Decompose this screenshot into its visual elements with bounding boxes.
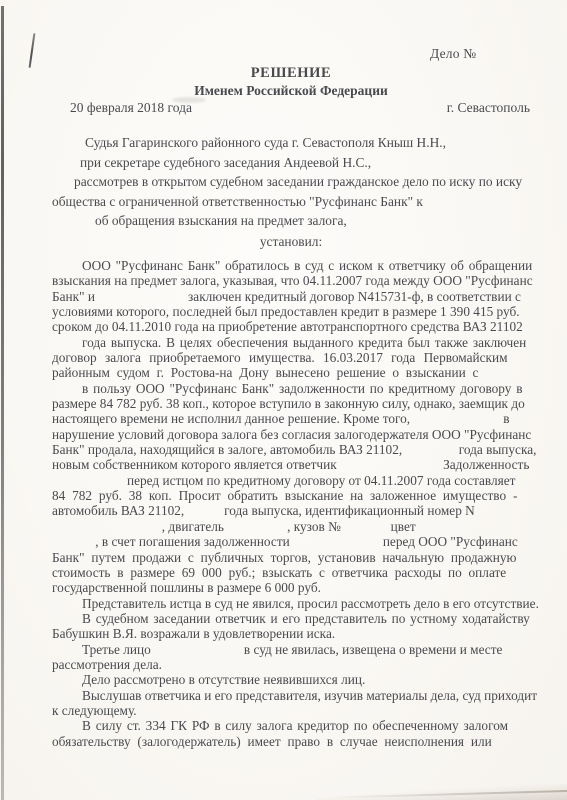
document-content: Дело № РЕШЕНИЕ Именем Российской Федерац… bbox=[52, 46, 530, 749]
text-line: размере 84 782 руб. 38 коп., которое вст… bbox=[52, 396, 530, 411]
text-line: к следующему. bbox=[52, 703, 530, 718]
body-block: ООО "Русфинанс Банк" обратилось в суд с … bbox=[52, 258, 530, 749]
text-line: Бабушкин В.Я. возражали в удовлетворении… bbox=[52, 626, 530, 641]
scan-edge-line bbox=[1, 6, 4, 800]
text-line: Судья Гагаринского районного суда г. Сев… bbox=[52, 133, 530, 153]
text-line: обязательству (залогодержатель) имеет пр… bbox=[52, 734, 530, 749]
text-line: стоимость в размере 69 000 руб.; взыскат… bbox=[52, 565, 530, 580]
text-line: об обращения взыскания на предмет залога… bbox=[52, 211, 530, 231]
text-line: В судебном заседании ответчик и его пред… bbox=[52, 611, 530, 626]
dateline: 20 февраля 2018 года г. Севастополь bbox=[52, 100, 530, 116]
text-line: В силу ст. 334 ГК РФ в силу залога креди… bbox=[52, 718, 530, 733]
text-line: рассмотрев в открытом судебном заседании… bbox=[52, 172, 530, 192]
text-line: Выслушав ответчика и его представителя, … bbox=[52, 688, 530, 703]
text-line: рассмотрения дела. bbox=[52, 657, 530, 672]
text-line: ООО "Русфинанс Банк" обратилось в суд с … bbox=[52, 258, 530, 273]
document-city: г. Севастополь bbox=[447, 100, 530, 116]
text-line: нарушение условий договора залога без со… bbox=[52, 427, 530, 442]
text-line: Третье лицо в суд не явилась, извещена о… bbox=[52, 642, 530, 657]
text-line: перед истцом по кредитному договору от 0… bbox=[52, 473, 530, 488]
document-title: РЕШЕНИЕ bbox=[52, 65, 530, 82]
case-number-label: Дело № bbox=[430, 46, 530, 62]
text-line: года выпуска. В целях обеспечения выданн… bbox=[52, 335, 530, 350]
text-line: новым собственником которого является от… bbox=[52, 457, 530, 472]
text-line: автомобиль ВАЗ 21102, года выпуска, иден… bbox=[52, 503, 530, 518]
text-line: общества с ограниченной ответственностью… bbox=[52, 192, 530, 212]
document-date: 20 февраля 2018 года bbox=[70, 100, 192, 116]
text-line: , двигатель , кузов № цвет bbox=[52, 519, 530, 534]
pen-mark bbox=[29, 33, 36, 68]
text-line: , в счет погашения задолженности перед О… bbox=[52, 534, 530, 549]
text-line: сроком до 04.11.2010 года на приобретени… bbox=[52, 319, 530, 334]
text-line: 84 782 руб. 38 коп. Просит обратить взыс… bbox=[52, 488, 530, 503]
text-line: государственной пошлины в размере 6 000 … bbox=[52, 580, 530, 595]
text-line: Представитель истца в суд не явился, про… bbox=[52, 596, 530, 611]
resolution-heading: установил: bbox=[52, 234, 530, 250]
scanned-court-decision-page: Дело № РЕШЕНИЕ Именем Российской Федерац… bbox=[0, 0, 567, 800]
text-line: условиями которого, последней был предос… bbox=[52, 304, 530, 319]
text-line: Банк" и заключен кредитный договор N4157… bbox=[52, 289, 530, 304]
text-line: взыскания на предмет залога, указывая, ч… bbox=[52, 273, 530, 288]
text-line: Дело рассмотрено в отсутствие неявившихс… bbox=[52, 672, 530, 687]
text-line: районным судом г. Ростова-на Дону вынесе… bbox=[52, 365, 530, 380]
text-line: при секретаре судебного заседания Андеев… bbox=[52, 153, 530, 173]
text-line: Банк" путем продажи с публичных торгов, … bbox=[52, 550, 530, 565]
document-subtitle: Именем Российской Федерации bbox=[52, 83, 530, 99]
text-line: настоящего времени не исполнил данное ре… bbox=[52, 411, 530, 426]
text-line: в пользу ООО "Русфинанс Банк" задолженно… bbox=[52, 381, 530, 396]
text-line: договор залога приобретаемого имущества.… bbox=[52, 350, 530, 365]
text-line: Банк" продала, находящийся в залоге, авт… bbox=[52, 442, 530, 457]
intro-block: Судья Гагаринского районного суда г. Сев… bbox=[52, 133, 530, 231]
